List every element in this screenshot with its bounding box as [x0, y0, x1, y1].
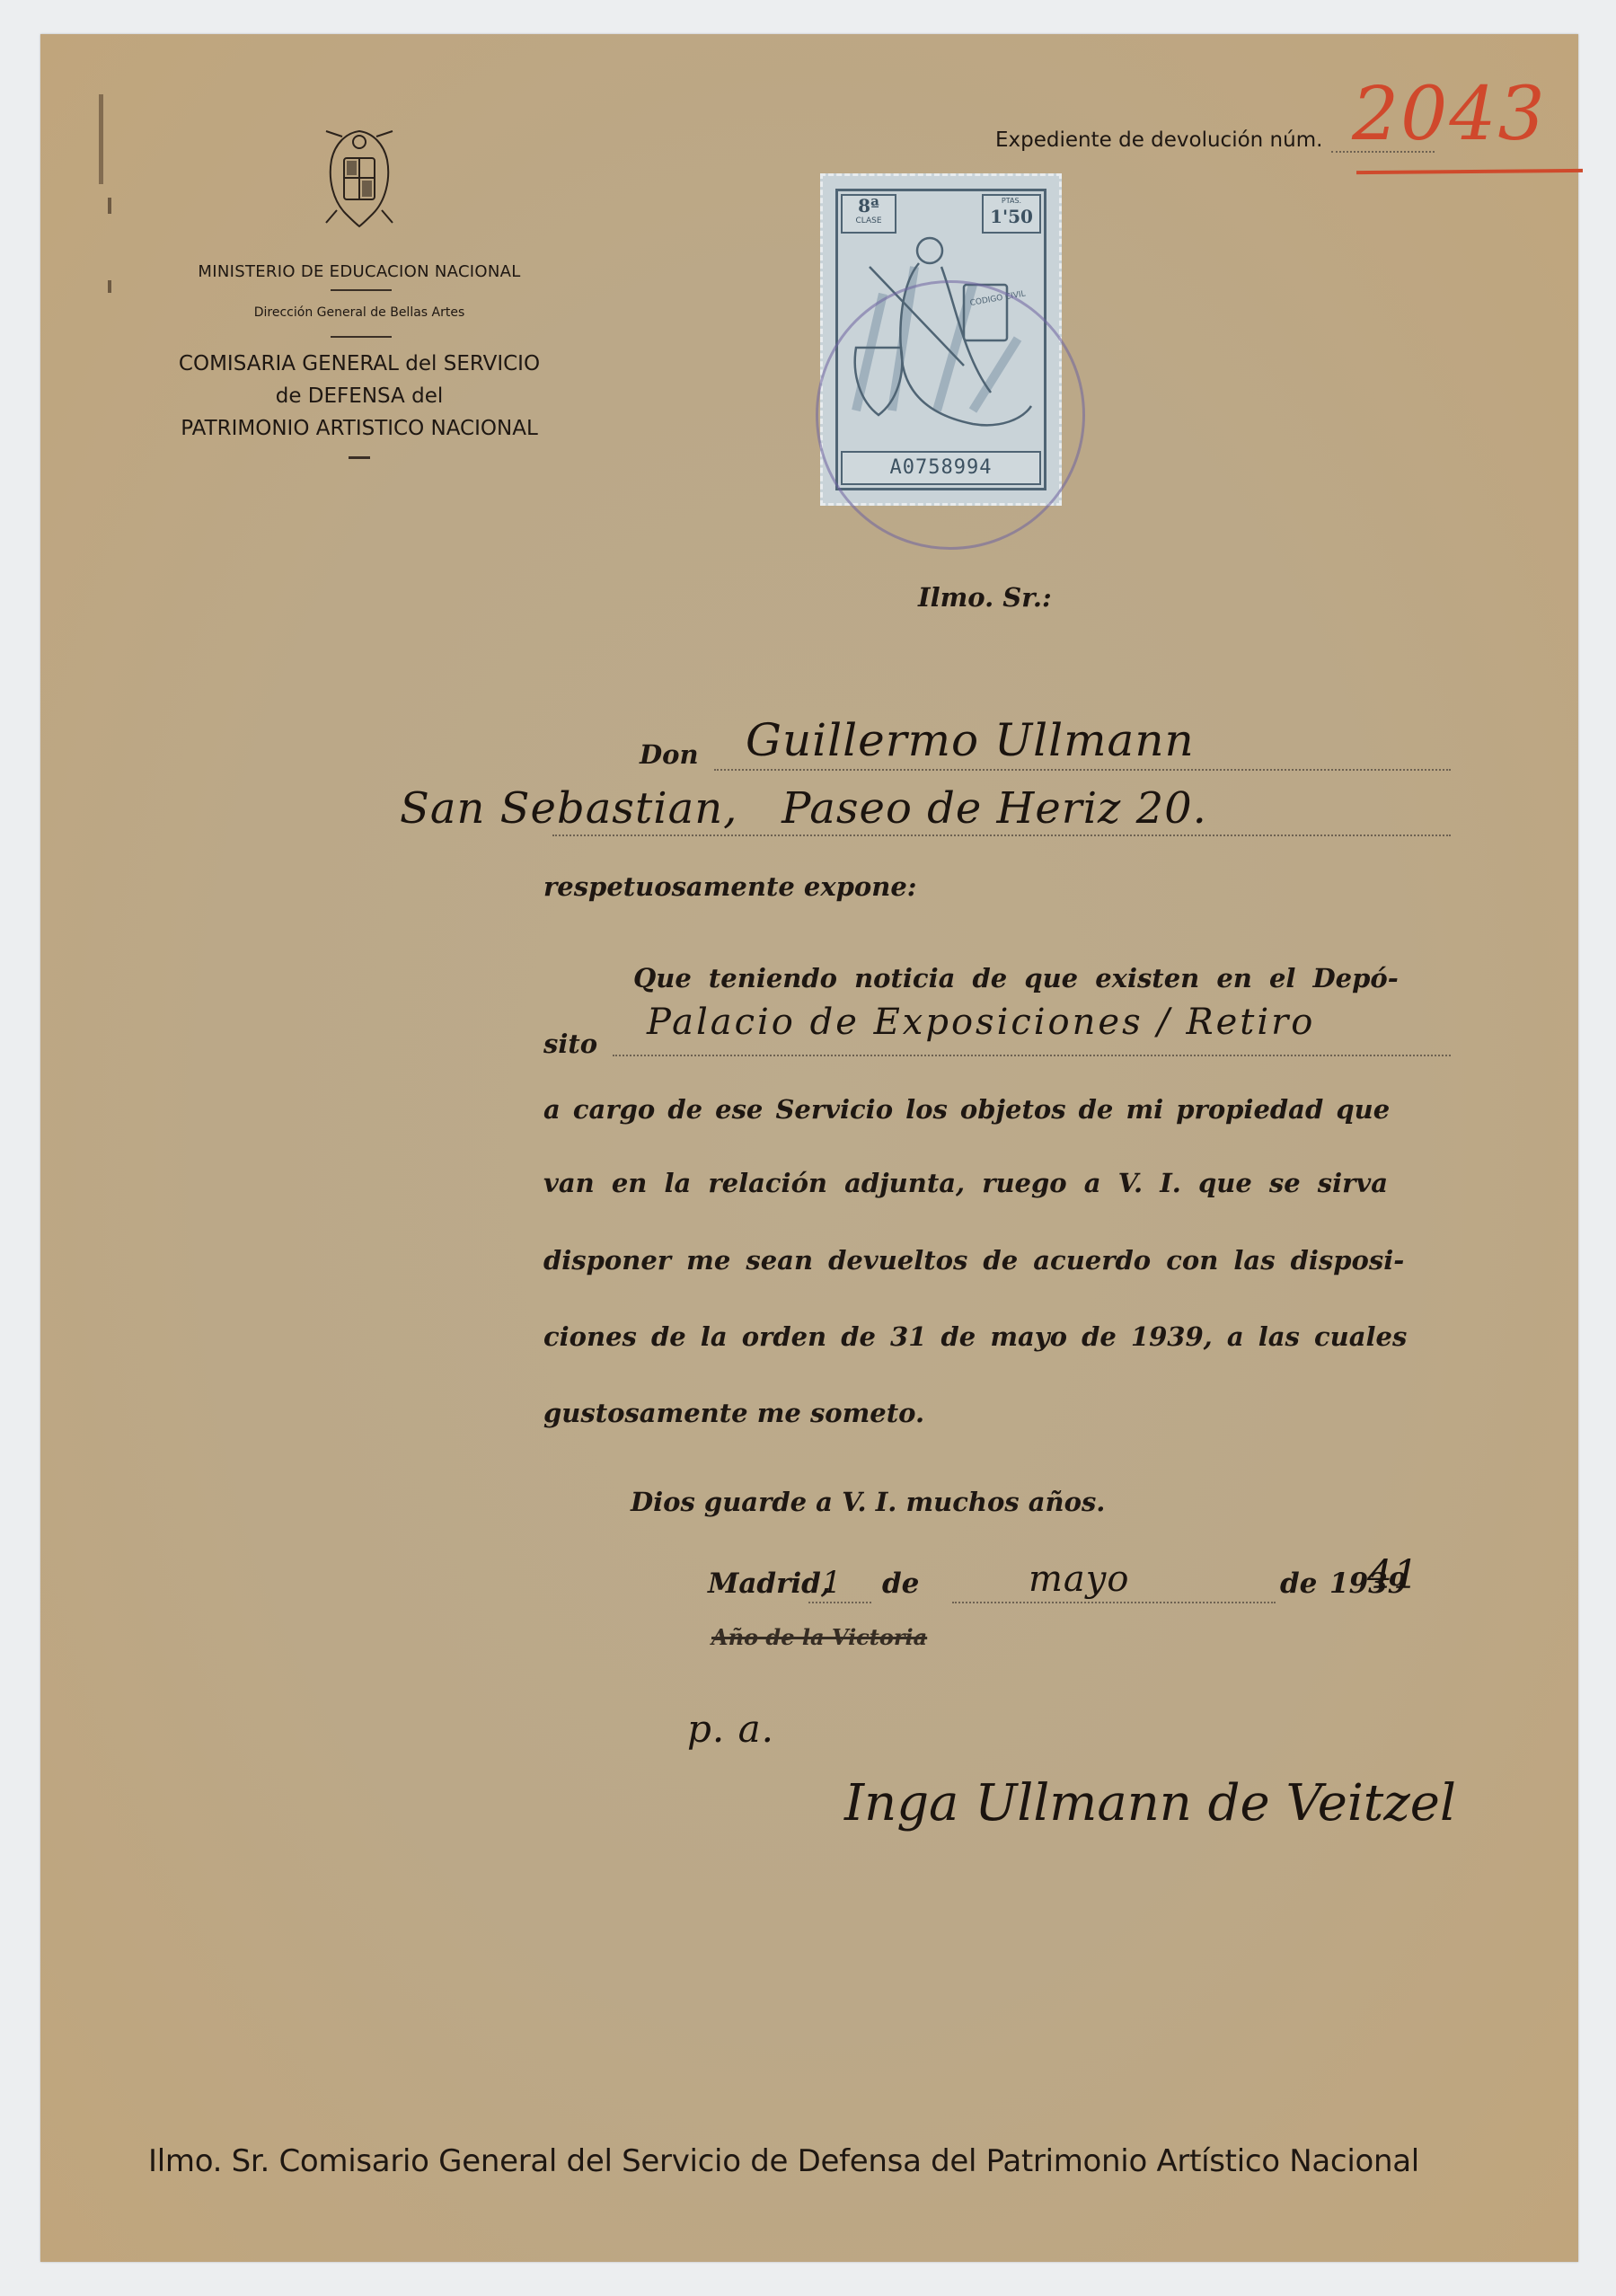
- applicant-address: San Sebastian, Paseo de Heriz 20.: [400, 783, 1207, 834]
- file-number-value: 2043: [1352, 72, 1547, 157]
- date-de-2: de: [1280, 1567, 1317, 1600]
- body-line-7: gustosamente me someto.: [543, 1398, 924, 1428]
- commission-name-line3: PATRIMONIO ARTISTICO NACIONAL: [135, 417, 584, 440]
- divider: [331, 336, 392, 338]
- body-line-5: disponer me sean devueltos de acuerdo co…: [543, 1245, 1404, 1276]
- file-number-label: Expediente de devolución núm.: [995, 128, 1322, 152]
- staple-mark: [99, 94, 103, 184]
- commission-name-line1: COMISARIA GENERAL del SERVICIO: [135, 352, 584, 375]
- addressee-footer: Ilmo. Sr. Comisario General del Servicio…: [148, 2143, 1419, 2179]
- commission-name-line2: de DEFENSA del: [135, 384, 584, 408]
- directorate-name: Dirección General de Bellas Artes: [135, 305, 584, 320]
- deposit-location: Palacio de Exposiciones / Retiro: [647, 1002, 1315, 1043]
- intro-text: respetuosamente expone:: [543, 871, 917, 902]
- date-day-field-line: [808, 1602, 871, 1603]
- deposit-field-line: [613, 1055, 1451, 1056]
- divider: [349, 456, 370, 459]
- stamp-value-box: PTAS. 1'50: [982, 194, 1041, 234]
- body-line-3: a cargo de ese Servicio los objetos de m…: [543, 1094, 1390, 1125]
- per-authorization-mark: p. a.: [687, 1707, 774, 1751]
- postmark-circle: [816, 280, 1085, 550]
- body-line-2-prefix: sito: [543, 1029, 597, 1059]
- closing-blessing: Dios guarde a V. I. muchos años.: [631, 1487, 1105, 1517]
- stamp-class-box: 8ª CLASE: [841, 194, 896, 234]
- date-month: mayo: [1029, 1559, 1129, 1600]
- staple-mark: [108, 198, 111, 214]
- date-city: Madrid,: [708, 1567, 831, 1600]
- applicant-name: Guillermo Ullmann: [746, 714, 1195, 766]
- date-year-handwritten: 41: [1367, 1552, 1419, 1598]
- signature: Inga Ullmann de Veitzel: [844, 1774, 1456, 1832]
- date-month-field-line: [952, 1602, 1276, 1603]
- ministry-name: MINISTERIO DE EDUCACION NACIONAL: [135, 262, 584, 281]
- body-line-4: van en la relación adjunta, ruego a V. I…: [543, 1168, 1388, 1198]
- spanish-coat-of-arms-icon: [319, 124, 400, 230]
- body-line-6: ciones de la orden de 31 de mayo de 1939…: [543, 1321, 1407, 1352]
- applicant-prefix: Don: [640, 739, 699, 770]
- date-day: 1: [822, 1565, 843, 1601]
- divider: [331, 289, 392, 291]
- applicant-name-field-line: [714, 769, 1451, 771]
- body-line-1: Que teniendo noticia de que existen en e…: [633, 963, 1399, 993]
- applicant-address-field-line: [552, 835, 1451, 836]
- staple-mark: [108, 280, 111, 293]
- salutation: Ilmo. Sr.:: [918, 582, 1052, 613]
- struck-victory-year-text: Año de la Victoria: [711, 1624, 927, 1650]
- date-de-1: de: [882, 1567, 919, 1600]
